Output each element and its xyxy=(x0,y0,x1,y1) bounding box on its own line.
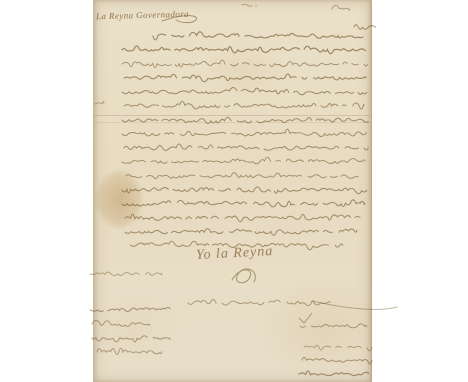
body-line xyxy=(122,200,371,207)
left-column-line xyxy=(97,348,162,354)
margin-mark xyxy=(354,25,380,30)
body-line xyxy=(124,101,364,109)
letter-photograph: La Reyna Governadora Yo la Reyna xyxy=(0,0,468,382)
body-line xyxy=(125,214,360,221)
left-annotation-line xyxy=(90,272,162,276)
margin-mark xyxy=(332,5,350,10)
handwriting-svg xyxy=(0,0,468,382)
body-line xyxy=(122,88,367,95)
body-line xyxy=(153,32,363,40)
left-column-line xyxy=(92,320,154,326)
body-line xyxy=(122,157,365,164)
right-column-line xyxy=(300,324,367,328)
body-line xyxy=(124,144,374,150)
left-column-line xyxy=(92,336,170,342)
flourish-stroke xyxy=(312,301,397,309)
right-column-line xyxy=(299,371,369,375)
body-line xyxy=(124,74,366,82)
body-line xyxy=(122,46,370,54)
body-line xyxy=(122,129,366,136)
body-line xyxy=(122,187,372,194)
flourish-stroke xyxy=(232,269,255,283)
margin-mark xyxy=(95,102,104,104)
margin-mark xyxy=(242,4,256,6)
left-column-line xyxy=(90,307,177,311)
body-line xyxy=(125,229,357,236)
body-line xyxy=(122,60,368,68)
body-line xyxy=(126,173,363,179)
right-column-line xyxy=(304,345,372,351)
addressee-line xyxy=(188,299,330,305)
right-column-line xyxy=(302,357,372,364)
flourish-stroke xyxy=(299,313,312,323)
body-line xyxy=(122,117,368,123)
